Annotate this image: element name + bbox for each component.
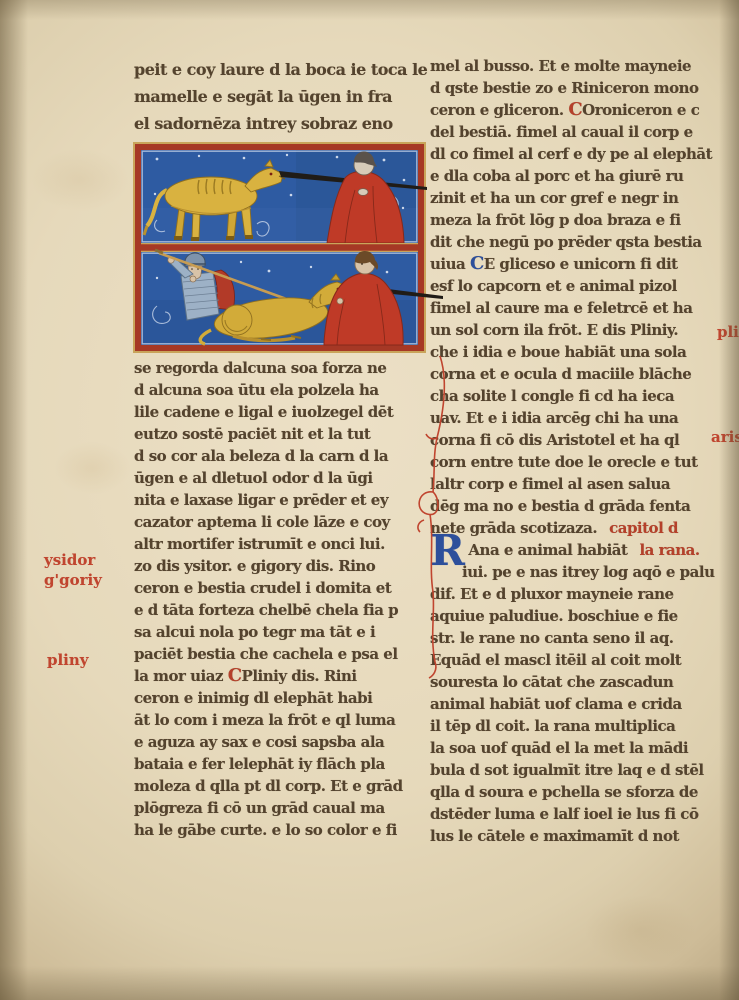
line-text: fimel al caure ma e feletrcē et ha	[430, 299, 692, 317]
line-text: aquiue paludiue. boschiue e fie	[430, 607, 678, 625]
text-line: nita e laxase ligar e prēder et ey	[134, 489, 426, 511]
line-text: la soa uof quād el la met la mādi	[430, 739, 688, 757]
text-line: ūgen e al dletuol odor d la ūgi	[134, 467, 426, 489]
text-line: paciēt bestia che cachela e psa el	[134, 643, 426, 665]
line-text: corn entre tute doe le orecle e tut	[430, 453, 698, 471]
text-line: d qste bestie zo e Riniceron mono	[430, 77, 726, 99]
margin-note-aristotle-right: arist	[711, 427, 739, 447]
line-text: corna et e ocula d maciile blāche	[430, 365, 691, 383]
text-line: plōgreza fi cō un grād caual ma	[134, 797, 426, 819]
line-text: d qste bestie zo e Riniceron mono	[430, 79, 699, 97]
text-line: bula d sot igualmīt itre laq e d stēl	[430, 759, 726, 781]
text-line: dit che negū po prēder qsta bestia	[430, 231, 726, 253]
line-text: d so cor ala beleza d la carn d la	[134, 447, 388, 465]
line-text: bataia e fer lelephāt iy flāch pla	[134, 755, 385, 773]
text-line: ceron e gliceron. COroniceron e c	[430, 99, 726, 121]
text-line: meza la frōt lōg p doa braza e fi	[430, 209, 726, 231]
text-line: Equād el mascl itēil al coit molt	[430, 649, 726, 671]
text-line: mamelle e segāt la ūgen in fra	[134, 83, 426, 110]
line-text: E gliceso e unicorn fi dit	[484, 255, 678, 273]
text-line: la soa uof quād el la met la mādi	[430, 737, 726, 759]
line-text: ceron e inimig dl elephāt habi	[134, 689, 372, 707]
line-text: iui. pe e nas itrey log aqō e palu	[462, 563, 715, 581]
line-text: Pliniy dis. Rini	[242, 667, 357, 685]
text-line: lile cadene e ligal e iuolzegel dēt	[134, 401, 426, 423]
line-text: che i idia e boue habiāt una sola	[430, 343, 686, 361]
text-line: dstēder luma e lalf ioel ie lus fi cō	[430, 803, 726, 825]
line-text: cazator aptema li cole lāze e coy	[134, 513, 390, 531]
text-line: RAna e animal habiātla rana.	[430, 539, 726, 561]
rubric-text: la rana.	[639, 541, 699, 559]
text-line: str. le rane no canta seno il aq.	[430, 627, 726, 649]
text-line: d so cor ala beleza d la carn d la	[134, 445, 426, 467]
margin-note-pliny: pliny	[47, 650, 89, 670]
text-line: corna et e ocula d maciile blāche	[430, 363, 726, 385]
text-line: un sol corn ila frōt. E dis Pliniy.	[430, 319, 726, 341]
line-text: dit che negū po prēder qsta bestia	[430, 233, 702, 251]
line-text: e aguza ay sax e cosi sapsba ala	[134, 733, 384, 751]
text-line: e d tāta forteza chelbē chela fia p	[134, 599, 426, 621]
line-text: bula d sot igualmīt itre laq e d stēl	[430, 761, 704, 779]
line-text: esf lo capcorn et e animal pizol	[430, 277, 677, 295]
text-line: qlla d soura e pchella se sforza de	[430, 781, 726, 803]
text-line: animal habiāt uof clama e crida	[430, 693, 726, 715]
register-divider	[141, 243, 418, 252]
line-text: lile cadene e ligal e iuolzegel dēt	[134, 403, 393, 421]
line-text: il tēp dl coit. la rana multiplica	[430, 717, 675, 735]
margin-note-pliny-right: pli	[717, 322, 739, 342]
line-text: cha solite l congle fi cd ha ieca	[430, 387, 674, 405]
line-text: Oroniceron e c	[582, 101, 699, 119]
line-text: meza la frōt lōg p doa braza e fi	[430, 211, 681, 229]
text-line: zinit et ha un cor gref e negr in	[430, 187, 726, 209]
right-column-body: mel al busso. Et e molte mayneie d qste …	[430, 55, 726, 847]
line-text: sa alcui nola po tegr ma tāt e i	[134, 623, 375, 641]
text-line: eutzo sostē paciēt nit et la tut	[134, 423, 426, 445]
text-line: la mor uiaz CPliniy dis. Rini	[134, 665, 426, 687]
text-line: d alcuna soa ūtu ela polzela ha	[134, 379, 426, 401]
initial-letter: C	[568, 99, 582, 120]
line-text: uav. Et e i idia arcēg chi ha una	[430, 409, 678, 427]
text-line: esf lo capcorn et e animal pizol	[430, 275, 726, 297]
line-text: ceron e bestia crudel i domita et	[134, 579, 391, 597]
text-line: cha solite l congle fi cd ha ieca	[430, 385, 726, 407]
text-line: dēg ma no e bestia d grāda fenta	[430, 495, 726, 517]
line-text-pre: ceron e gliceron.	[430, 101, 568, 119]
line-text: ūgen e al dletuol odor d la ūgi	[134, 469, 373, 487]
line-text: mel al busso. Et e molte mayneie	[430, 57, 691, 75]
line-text: dl co fimel al cerf e dy pe al elephāt	[430, 145, 712, 163]
text-line: corn entre tute doe le orecle e tut	[430, 451, 726, 473]
margin-note-line: ysidor	[44, 550, 102, 570]
line-text: Ana e animal habiāt	[468, 541, 627, 559]
line-text-pre: la mor uiaz	[134, 667, 228, 685]
initial-letter: C	[470, 253, 484, 274]
text-line: ceron e bestia crudel i domita et	[134, 577, 426, 599]
text-line: aquiue paludiue. boschiue e fie	[430, 605, 726, 627]
text-line: cazator aptema li cole lāze e coy	[134, 511, 426, 533]
line-text: dstēder luma e lalf ioel ie lus fi cō	[430, 805, 698, 823]
line-text: laltr corp e fimel al asen salua	[430, 475, 670, 493]
text-line: āt lo com i meza la frōt e ql luma	[134, 709, 426, 731]
text-line: corna fi cō dis Aristotel et ha ql	[430, 429, 726, 451]
line-text: āt lo com i meza la frōt e ql luma	[134, 711, 395, 729]
left-column-top: peit e coy laure d la boca ie toca lemam…	[134, 56, 426, 137]
miniature-artwork	[141, 150, 418, 345]
text-line: ceron e inimig dl elephāt habi	[134, 687, 426, 709]
text-line: souresta lo cātat che zascadun	[430, 671, 726, 693]
text-line: e dla coba al porc et ha giurē ru	[430, 165, 726, 187]
text-line: moleza d qlla pt dl corp. Et e grād	[134, 775, 426, 797]
line-text: e dla coba al porc et ha giurē ru	[430, 167, 683, 185]
line-text: Equād el mascl itēil al coit molt	[430, 651, 681, 669]
text-line: che i idia e boue habiāt una sola	[430, 341, 726, 363]
line-text: altr mortifer istrumīt e onci lui.	[134, 535, 385, 553]
text-line: el sadornēza intrey sobraz eno	[134, 110, 426, 137]
scene-monoceros-and-maiden	[141, 150, 427, 243]
line-text: qlla d soura e pchella se sforza de	[430, 783, 698, 801]
text-line: ha le gābe curte. e lo so color e fi	[134, 819, 426, 841]
line-text: zinit et ha un cor gref e negr in	[430, 189, 678, 207]
miniature-panel	[133, 142, 426, 353]
line-text: del bestiā. fimel al caual il corp e	[430, 123, 693, 141]
line-text: un sol corn ila frōt. E dis Pliniy.	[430, 321, 678, 339]
line-text: str. le rane no canta seno il aq.	[430, 629, 674, 647]
rubric-text: capitol d	[609, 519, 678, 537]
line-text: eutzo sostē paciēt nit et la tut	[134, 425, 370, 443]
line-text: dēg ma no e bestia d grāda fenta	[430, 497, 690, 515]
line-text: moleza d qlla pt dl corp. Et e grād	[134, 777, 403, 795]
text-line: e aguza ay sax e cosi sapsba ala	[134, 731, 426, 753]
line-text: lus le cātele e maximamīt d not	[430, 827, 679, 845]
text-line: bataia e fer lelephāt iy flāch pla	[134, 753, 426, 775]
pen-flourish	[406, 352, 460, 682]
text-line: uiua CE gliceso e unicorn fi dit	[430, 253, 726, 275]
line-text: se regorda dalcuna soa forza ne	[134, 359, 386, 377]
text-line: lus le cātele e maximamīt d not	[430, 825, 726, 847]
line-text: e d tāta forteza chelbē chela fia p	[134, 601, 398, 619]
margin-note-line: g'goriy	[44, 570, 102, 590]
text-line: fimel al caure ma e feletrcē et ha	[430, 297, 726, 319]
line-text: paciēt bestia che cachela e psa el	[134, 645, 398, 663]
text-line: il tēp dl coit. la rana multiplica	[430, 715, 726, 737]
text-line: se regorda dalcuna soa forza ne	[134, 357, 426, 379]
text-line: uav. Et e i idia arcēg chi ha una	[430, 407, 726, 429]
line-text: plōgreza fi cō un grād caual ma	[134, 799, 385, 817]
margin-note-isidore-gregory: ysidor g'goriy	[44, 550, 102, 590]
line-text: d alcuna soa ūtu ela polzela ha	[134, 381, 379, 399]
line-text-pre: uiua	[430, 255, 470, 273]
text-line: nete grāda scotizaza.capitol d	[430, 517, 726, 539]
text-line: laltr corp e fimel al asen salua	[430, 473, 726, 495]
manuscript-page: peit e coy laure d la boca ie toca lemam…	[0, 0, 739, 1000]
text-line: zo dis ysitor. e gigory dis. Rino	[134, 555, 426, 577]
line-text: ha le gābe curte. e lo so color e fi	[134, 821, 397, 839]
text-line: iui. pe e nas itrey log aqō e palu	[430, 561, 726, 583]
text-line: dl co fimel al cerf e dy pe al elephāt	[430, 143, 726, 165]
line-text: animal habiāt uof clama e crida	[430, 695, 682, 713]
text-line: altr mortifer istrumīt e onci lui.	[134, 533, 426, 555]
line-text: zo dis ysitor. e gigory dis. Rino	[134, 557, 375, 575]
scene-hunter-spearing-monoceros	[141, 250, 443, 345]
initial-letter: C	[228, 665, 242, 686]
text-line: peit e coy laure d la boca ie toca le	[134, 56, 426, 83]
line-text: nita e laxase ligar e prēder et ey	[134, 491, 388, 509]
text-line: del bestiā. fimel al caual il corp e	[430, 121, 726, 143]
text-line: sa alcui nola po tegr ma tāt e i	[134, 621, 426, 643]
text-line: mel al busso. Et e molte mayneie	[430, 55, 726, 77]
line-text: corna fi cō dis Aristotel et ha ql	[430, 431, 679, 449]
left-column-body: se regorda dalcuna soa forza ne d alcuna…	[134, 357, 426, 841]
text-line: dif. Et e d pluxor mayneie rane	[430, 583, 726, 605]
line-text: souresta lo cātat che zascadun	[430, 673, 673, 691]
line-text: dif. Et e d pluxor mayneie rane	[430, 585, 674, 603]
